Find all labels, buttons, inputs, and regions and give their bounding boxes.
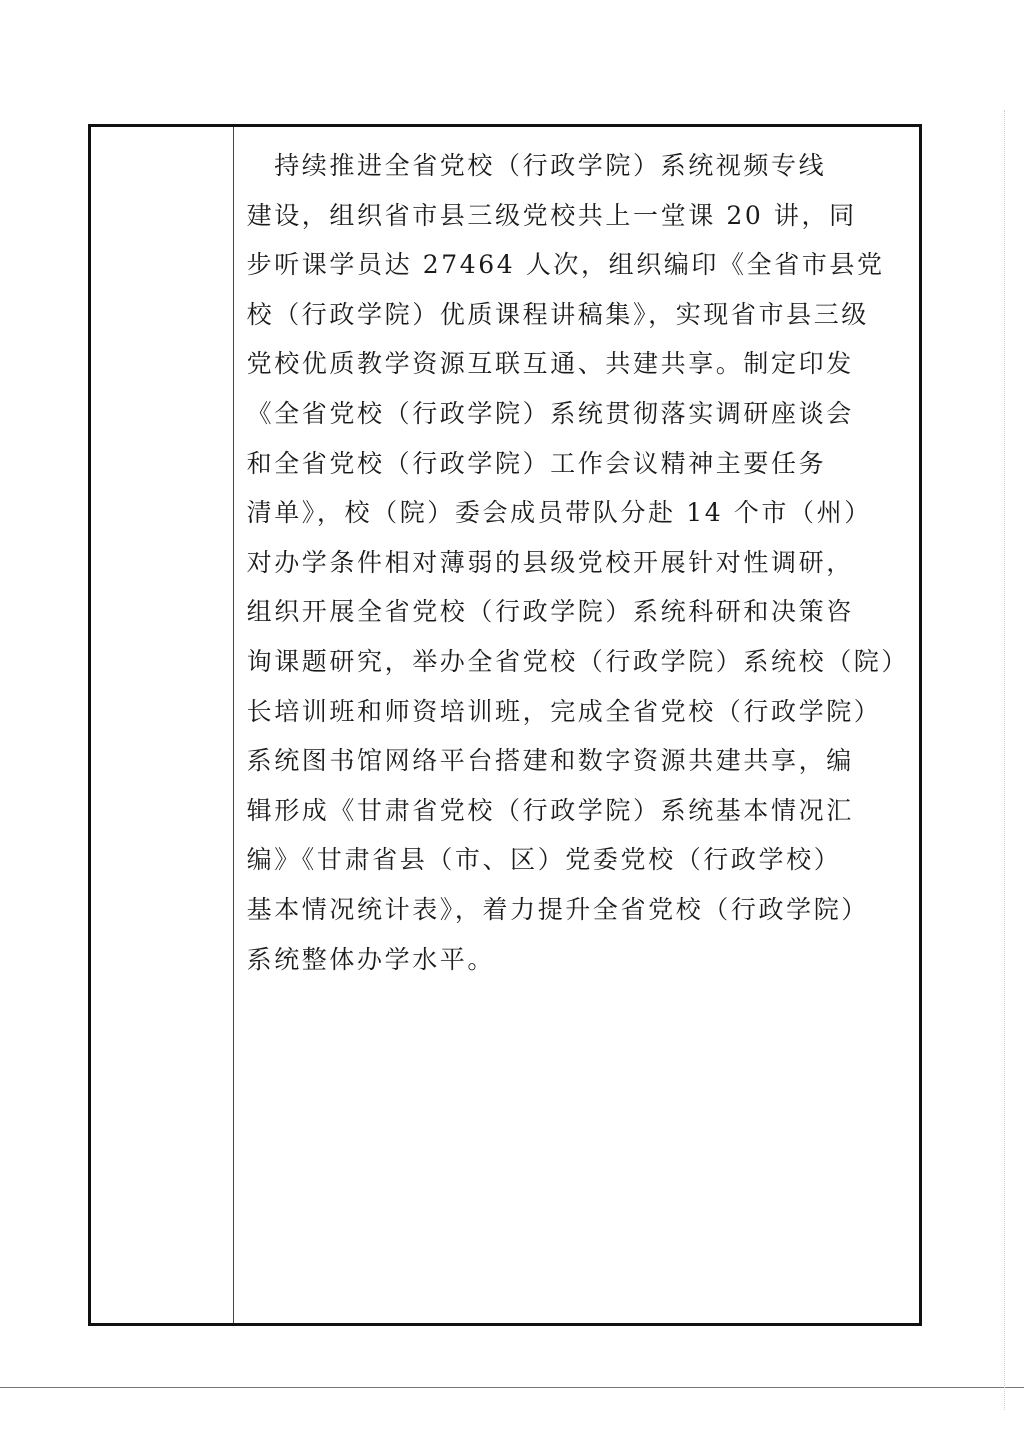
text-line: 建设，组织省市县三级党校共上一堂课 20 讲，同 — [247, 191, 909, 241]
text-line: 对办学条件相对薄弱的县级党校开展针对性调研， — [247, 538, 909, 588]
text-line: 组织开展全省党校（行政学院）系统科研和决策咨 — [247, 587, 909, 637]
page-divider-line — [0, 1387, 1024, 1388]
text-line: 步听课学员达 27464 人次，组织编印《全省市县党 — [247, 240, 909, 290]
body-paragraph: 持续推进全省党校（行政学院）系统视频专线 建设，组织省市县三级党校共上一堂课 2… — [247, 141, 909, 984]
text-line: 校（行政学院）优质课程讲稿集》，实现省市县三级 — [247, 290, 909, 340]
text-line: 编》《甘肃省县（市、区）党委党校（行政学校） — [247, 835, 909, 885]
text-line: 持续推进全省党校（行政学院）系统视频专线 — [247, 141, 909, 191]
text-line: 《全省党校（行政学院）系统贯彻落实调研座谈会 — [247, 389, 909, 439]
content-table: 持续推进全省党校（行政学院）系统视频专线 建设，组织省市县三级党校共上一堂课 2… — [88, 124, 922, 1326]
text-line: 和全省党校（行政学院）工作会议精神主要任务 — [247, 439, 909, 489]
table-right-cell: 持续推进全省党校（行政学院）系统视频专线 建设，组织省市县三级党校共上一堂课 2… — [234, 127, 919, 1323]
text-line: 长培训班和师资培训班，完成全省党校（行政学院） — [247, 687, 909, 737]
text-line: 基本情况统计表》，着力提升全省党校（行政学院） — [247, 885, 909, 935]
text-line: 询课题研究，举办全省党校（行政学院）系统校（院） — [247, 637, 909, 687]
text-line: 辑形成《甘肃省党校（行政学院）系统基本情况汇 — [247, 786, 909, 836]
text-line: 系统整体办学水平。 — [247, 935, 909, 985]
text-line: 清单》，校（院）委会成员带队分赴 14 个市（州） — [247, 488, 909, 538]
text-line: 系统图书馆网络平台搭建和数字资源共建共享，编 — [247, 736, 909, 786]
scan-edge-artifact — [1004, 110, 1006, 1410]
table-left-cell — [91, 127, 234, 1323]
text-line: 党校优质教学资源互联互通、共建共享。制定印发 — [247, 339, 909, 389]
